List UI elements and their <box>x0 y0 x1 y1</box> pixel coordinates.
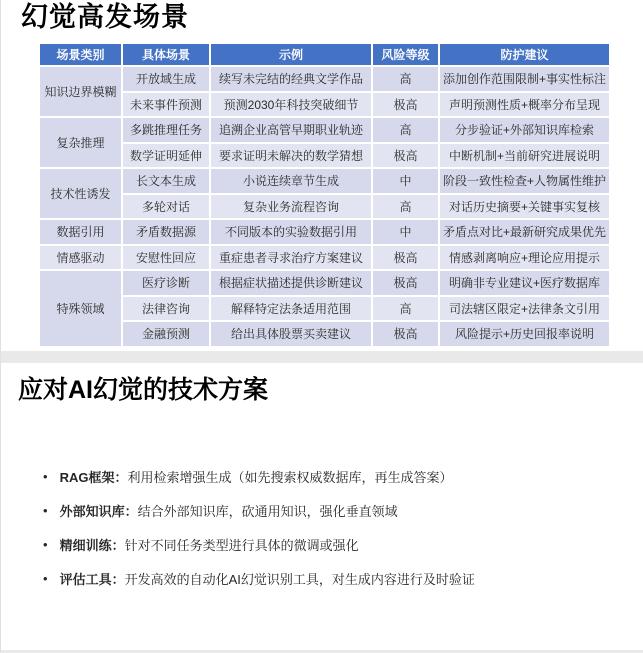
column-header: 场景类别 <box>39 43 122 66</box>
page-1: 幻觉高发场景 场景类别具体场景示例风险等级防护建议 知识边界模糊开放域生成续写未… <box>1 0 643 351</box>
advice-cell: 声明预测性质+概率分布呈现 <box>439 92 610 118</box>
table-row: 未来事件预测预测2030年科技突破细节极高声明预测性质+概率分布呈现 <box>39 92 610 118</box>
table-row: 数学证明延伸要求证明未解决的数学猜想极高中断机制+当前研究进展说明 <box>39 143 610 169</box>
table-row: 法律咨询解释特定法条适用范围高司法辖区限定+法律条文引用 <box>39 296 610 322</box>
table-row: 知识边界模糊开放域生成续写未完结的经典文学作品高添加创作范围限制+事实性标注 <box>39 66 610 92</box>
table-header-row: 场景类别具体场景示例风险等级防护建议 <box>39 43 610 66</box>
example-cell: 续写未完结的经典文学作品 <box>210 66 372 92</box>
advice-cell: 司法辖区限定+法律条文引用 <box>439 296 610 322</box>
table-row: 复杂推理多跳推理任务追溯企业高管早期职业轨迹高分步验证+外部知识库检索 <box>39 117 610 143</box>
table-row: 情感驱动安慰性回应重症患者寻求治疗方案建议极高情感剥离响应+理论应用提示 <box>39 245 610 271</box>
list-item: • 外部知识库：结合外部知识库，砍通用知识，强化垂直领域 <box>43 493 643 527</box>
risk-cell: 高 <box>372 66 439 92</box>
column-header: 具体场景 <box>122 43 210 66</box>
advice-cell: 添加创作范围限制+事实性标注 <box>439 66 610 92</box>
risk-cell: 中 <box>372 168 439 194</box>
advice-cell: 中断机制+当前研究进展说明 <box>439 143 610 169</box>
example-cell: 追溯企业高管早期职业轨迹 <box>210 117 372 143</box>
bullet-label: 评估工具： <box>60 572 125 587</box>
example-cell: 不同版本的实验数据引用 <box>210 219 372 245</box>
column-header: 示例 <box>210 43 372 66</box>
scenario-cell: 法律咨询 <box>122 296 210 322</box>
risk-cell: 极高 <box>372 92 439 118</box>
risk-cell: 极高 <box>372 143 439 169</box>
bullet-icon: • <box>43 537 48 552</box>
risk-cell: 高 <box>372 296 439 322</box>
category-cell: 特殊领域 <box>39 270 122 347</box>
risk-cell: 中 <box>372 219 439 245</box>
scenario-cell: 多跳推理任务 <box>122 117 210 143</box>
column-header: 风险等级 <box>372 43 439 66</box>
scenario-cell: 金融预测 <box>122 321 210 347</box>
hallucination-scenarios-table: 场景类别具体场景示例风险等级防护建议 知识边界模糊开放域生成续写未完结的经典文学… <box>38 42 611 348</box>
table-body: 知识边界模糊开放域生成续写未完结的经典文学作品高添加创作范围限制+事实性标注未来… <box>39 66 610 347</box>
example-cell: 重症患者寻求治疗方案建议 <box>210 245 372 271</box>
example-cell: 复杂业务流程咨询 <box>210 194 372 220</box>
scenario-cell: 矛盾数据源 <box>122 219 210 245</box>
risk-cell: 高 <box>372 194 439 220</box>
advice-cell: 矛盾点对比+最新研究成果优先 <box>439 219 610 245</box>
bullet-text: 开发高效的自动化AI幻觉识别工具，对生成内容进行及时验证 <box>125 572 475 587</box>
bullet-label: RAG框架： <box>60 470 128 485</box>
advice-cell: 对话历史摘要+关键事实复核 <box>439 194 610 220</box>
example-cell: 解释特定法条适用范围 <box>210 296 372 322</box>
advice-cell: 情感剥离响应+理论应用提示 <box>439 245 610 271</box>
list-item: • 评估工具：开发高效的自动化AI幻觉识别工具，对生成内容进行及时验证 <box>43 561 643 595</box>
list-item: • RAG框架：利用检索增强生成（如先搜索权威数据库，再生成答案） <box>43 459 643 493</box>
table-row: 数据引用矛盾数据源不同版本的实验数据引用中矛盾点对比+最新研究成果优先 <box>39 219 610 245</box>
risk-cell: 极高 <box>372 245 439 271</box>
risk-cell: 极高 <box>372 321 439 347</box>
risk-cell: 极高 <box>372 270 439 296</box>
category-cell: 数据引用 <box>39 219 122 245</box>
scenario-cell: 未来事件预测 <box>122 92 210 118</box>
bullet-icon: • <box>43 503 48 518</box>
bullet-text: 利用检索增强生成（如先搜索权威数据库，再生成答案） <box>127 470 452 485</box>
advice-cell: 阶段一致性检查+人物属性维护 <box>439 168 610 194</box>
page-1-title: 幻觉高发场景 <box>1 0 643 37</box>
scenario-cell: 安慰性回应 <box>122 245 210 271</box>
table-row: 特殊领域医疗诊断根据症状描述提供诊断建议极高明确非专业建议+医疗数据库 <box>39 270 610 296</box>
page-2-title: 应对AI幻觉的技术方案 <box>1 363 643 407</box>
scenario-cell: 数学证明延伸 <box>122 143 210 169</box>
risk-cell: 高 <box>372 117 439 143</box>
advice-cell: 风险提示+历史回报率说明 <box>439 321 610 347</box>
advice-cell: 分步验证+外部知识库检索 <box>439 117 610 143</box>
category-cell: 复杂推理 <box>39 117 122 168</box>
page-separator <box>1 351 643 363</box>
bullet-icon: • <box>43 469 48 484</box>
scenario-cell: 开放域生成 <box>122 66 210 92</box>
bullet-icon: • <box>43 571 48 586</box>
category-cell: 技术性诱发 <box>39 168 122 219</box>
bullet-label: 外部知识库： <box>60 504 138 519</box>
category-cell: 知识边界模糊 <box>39 66 122 117</box>
example-cell: 根据症状描述提供诊断建议 <box>210 270 372 296</box>
table-row: 技术性诱发长文本生成小说连续章节生成中阶段一致性检查+人物属性维护 <box>39 168 610 194</box>
example-cell: 预测2030年科技突破细节 <box>210 92 372 118</box>
example-cell: 给出具体股票买卖建议 <box>210 321 372 347</box>
document-viewport: 幻觉高发场景 场景类别具体场景示例风险等级防护建议 知识边界模糊开放域生成续写未… <box>0 0 643 653</box>
page-2: 应对AI幻觉的技术方案 • RAG框架：利用检索增强生成（如先搜索权威数据库，再… <box>1 363 643 650</box>
advice-cell: 明确非专业建议+医疗数据库 <box>439 270 610 296</box>
bullet-label: 精细训练： <box>60 538 125 553</box>
table-head: 场景类别具体场景示例风险等级防护建议 <box>39 43 610 66</box>
list-item: • 精细训练：针对不同任务类型进行具体的微调或强化 <box>43 527 643 561</box>
scenario-cell: 多轮对话 <box>122 194 210 220</box>
table-row: 金融预测给出具体股票买卖建议极高风险提示+历史回报率说明 <box>39 321 610 347</box>
example-cell: 要求证明未解决的数学猜想 <box>210 143 372 169</box>
scenario-cell: 医疗诊断 <box>122 270 210 296</box>
scenario-cell: 长文本生成 <box>122 168 210 194</box>
example-cell: 小说连续章节生成 <box>210 168 372 194</box>
bullet-text: 结合外部知识库，砍通用知识，强化垂直领域 <box>138 504 398 519</box>
column-header: 防护建议 <box>439 43 610 66</box>
solutions-bullet-list: • RAG框架：利用检索增强生成（如先搜索权威数据库，再生成答案） • 外部知识… <box>43 459 643 595</box>
bullet-text: 针对不同任务类型进行具体的微调或强化 <box>125 538 359 553</box>
category-cell: 情感驱动 <box>39 245 122 271</box>
table-row: 多轮对话复杂业务流程咨询高对话历史摘要+关键事实复核 <box>39 194 610 220</box>
